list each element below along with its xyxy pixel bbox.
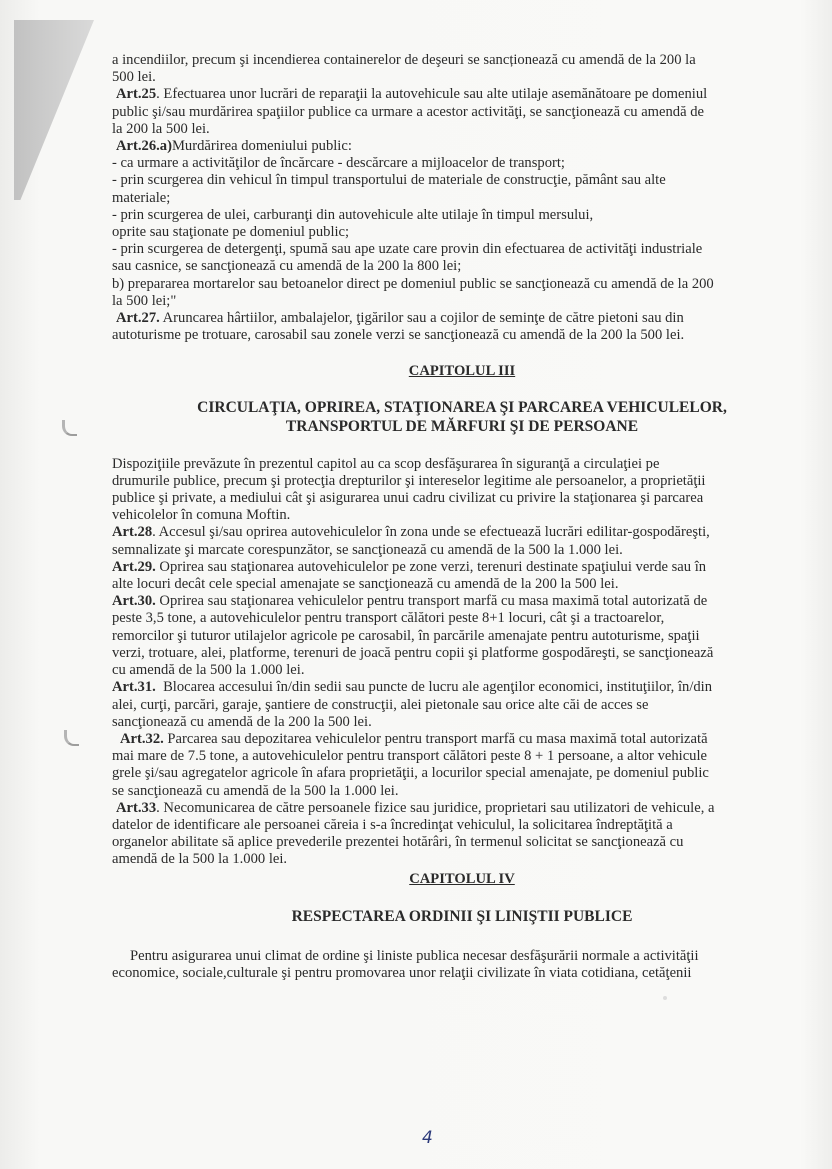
chapter-heading: CAPITOLUL III [112,363,812,380]
article-26: Art.26.a)Murdărirea domeniului public: [112,138,812,155]
paragraph-line: 500 lei. [112,69,812,86]
page-number: 4 [422,1128,433,1148]
article-25: Art.25. Efectuarea unor lucrări de repar… [112,86,812,103]
paragraph-line: amendă de la 500 la 1.000 lei. [112,851,812,868]
paragraph-line: alte locuri decât cele special amenajate… [112,576,812,593]
article-29: Art.29. Oprirea sau staţionarea autovehi… [112,559,812,576]
paragraph-line: cu amendă de la 500 la 1.000 lei. [112,662,812,679]
paragraph-line: a incendiilor, precum şi incendierea con… [112,52,812,69]
paragraph-line: grele şi/sau agregatelor agricole în afa… [112,765,812,782]
scan-speck [663,996,667,1000]
chapter-title: TRANSPORTUL DE MĂRFURI ŞI DE PERSOANE [112,417,812,436]
article-label: Art.27. [116,310,160,326]
article-28: Art.28. Accesul şi/sau oprirea autovehic… [112,524,812,541]
article-label: Art.25 [116,86,156,102]
chapter-title: RESPECTAREA ORDINII ŞI LINIŞTII PUBLICE [112,907,812,926]
paragraph-line: mai mare de 7.5 tone, a autovehiculelor … [112,748,812,765]
list-item: - ca urmare a activităţilor de încărcare… [112,155,812,172]
paragraph-line: public şi/sau murdărirea spaţiilor publi… [112,104,812,121]
paragraph-line: Pentru asigurarea unui climat de ordine … [112,948,812,965]
paragraph-line: se sancţionează cu amendă de la 500 la 1… [112,783,812,800]
chapter-title: CIRCULAŢIA, OPRIREA, STAŢIONAREA ŞI PARC… [112,398,812,417]
document-body: a incendiilor, precum şi incendierea con… [112,52,812,982]
article-label: Art.30. [112,593,156,609]
article-label: Art.28 [112,524,152,540]
paragraph-line: organelor abilitate să aplice prevederil… [112,834,812,851]
paragraph-line: peste 3,5 tone, a autovehiculelor pentru… [112,610,812,627]
paragraph-line: sau casnice, se sancţionează cu amendă d… [112,258,812,275]
paragraph-line: publice şi private, a mediului cât şi as… [112,490,812,507]
paragraph-line: alei, curţi, parcări, garaje, şantiere d… [112,697,812,714]
article-32: Art.32. Parcarea sau depozitarea vehicul… [112,731,812,748]
chapter-heading: CAPITOLUL IV [112,871,812,888]
article-label: Art.26.a) [116,138,172,154]
paragraph-line: sancţionează cu amendă de la 200 la 500 … [112,714,812,731]
article-30: Art.30. Oprirea sau staţionarea vehicule… [112,593,812,610]
paragraph-line: vehicolelor în comuna Moftin. [112,507,812,524]
paragraph-line: semnalizate şi marcate corespunzător, se… [112,542,812,559]
article-33: Art.33. Necomunicarea de către persoanel… [112,800,812,817]
paragraph-line: verzi, trotuare, alei, platforme, terenu… [112,645,812,662]
list-item: - prin scurgerea de detergenţi, spumă sa… [112,241,812,258]
paragraph-line: materiale; [112,190,812,207]
list-item: - prin scurgerea din vehicul în timpul t… [112,172,812,189]
punch-hole-mark [62,420,77,436]
article-27: Art.27. Aruncarea hârtiilor, ambalajelor… [112,310,812,327]
article-label: Art.29. [112,559,156,575]
paragraph-line: autoturisme pe trotuare, carosabil sau z… [112,327,812,344]
list-item: - prin scurgerea de ulei, carburanţi din… [112,207,812,224]
paragraph-line: b) prepararea mortarelor sau betoanelor … [112,276,812,293]
scan-shadow [14,20,94,200]
paragraph-line: oprite sau staţionate pe domeniul public… [112,224,812,241]
article-label: Art.31. [112,679,156,695]
scanned-page: a incendiilor, precum şi incendierea con… [0,0,832,1169]
article-label: Art.33 [116,800,156,816]
punch-hole-mark [64,730,79,746]
paragraph-line: remorcilor şi tuturor utilajelor agricol… [112,628,812,645]
paragraph-line: la 200 la 500 lei. [112,121,812,138]
article-label: Art.32. [120,731,164,747]
paragraph-line: drumurile publice, precum şi protecţia d… [112,473,812,490]
paragraph-line: Dispoziţiile prevăzute în prezentul capi… [112,456,812,473]
paragraph-line: economice, sociale,culturale şi pentru p… [112,965,812,982]
paragraph-line: datelor de identificare ale persoanei că… [112,817,812,834]
article-31: Art.31. Blocarea accesului în/din sedii … [112,679,812,696]
paragraph-line: la 500 lei;" [112,293,812,310]
